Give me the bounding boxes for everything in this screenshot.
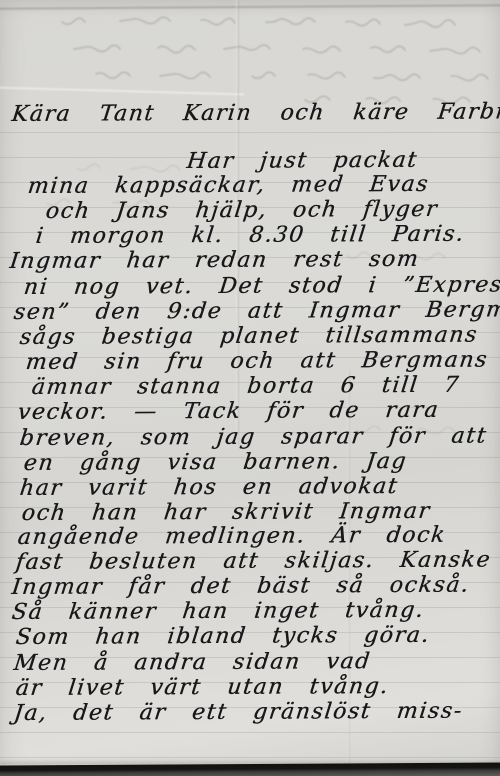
background-surface-edge	[0, 762, 500, 776]
letter-line: Ja, det är ett gränslöst miss-	[12, 697, 464, 729]
paper-edge-shadow	[0, 759, 500, 765]
paper-crease-horizontal	[0, 4, 500, 10]
scanned-letter-page: Kära Tant Karin och käre Farbror Erik Ha…	[0, 0, 500, 776]
salutation-line: Kära Tant Karin och käre Farbror Erik	[10, 97, 500, 130]
paper-crease-diagonal	[0, 87, 244, 96]
